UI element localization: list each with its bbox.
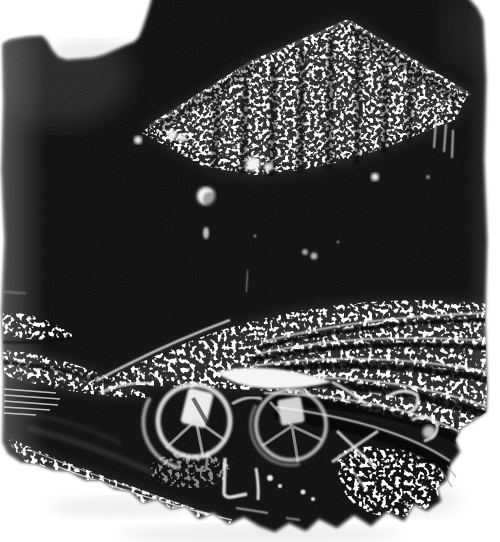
photo-print [0,0,500,542]
screenshot-root: Torn-edge black-and-white photograph: ba… [0,0,500,542]
photo-illustration: Torn-edge black-and-white photograph: ba… [0,0,500,542]
film-grain [0,0,500,542]
